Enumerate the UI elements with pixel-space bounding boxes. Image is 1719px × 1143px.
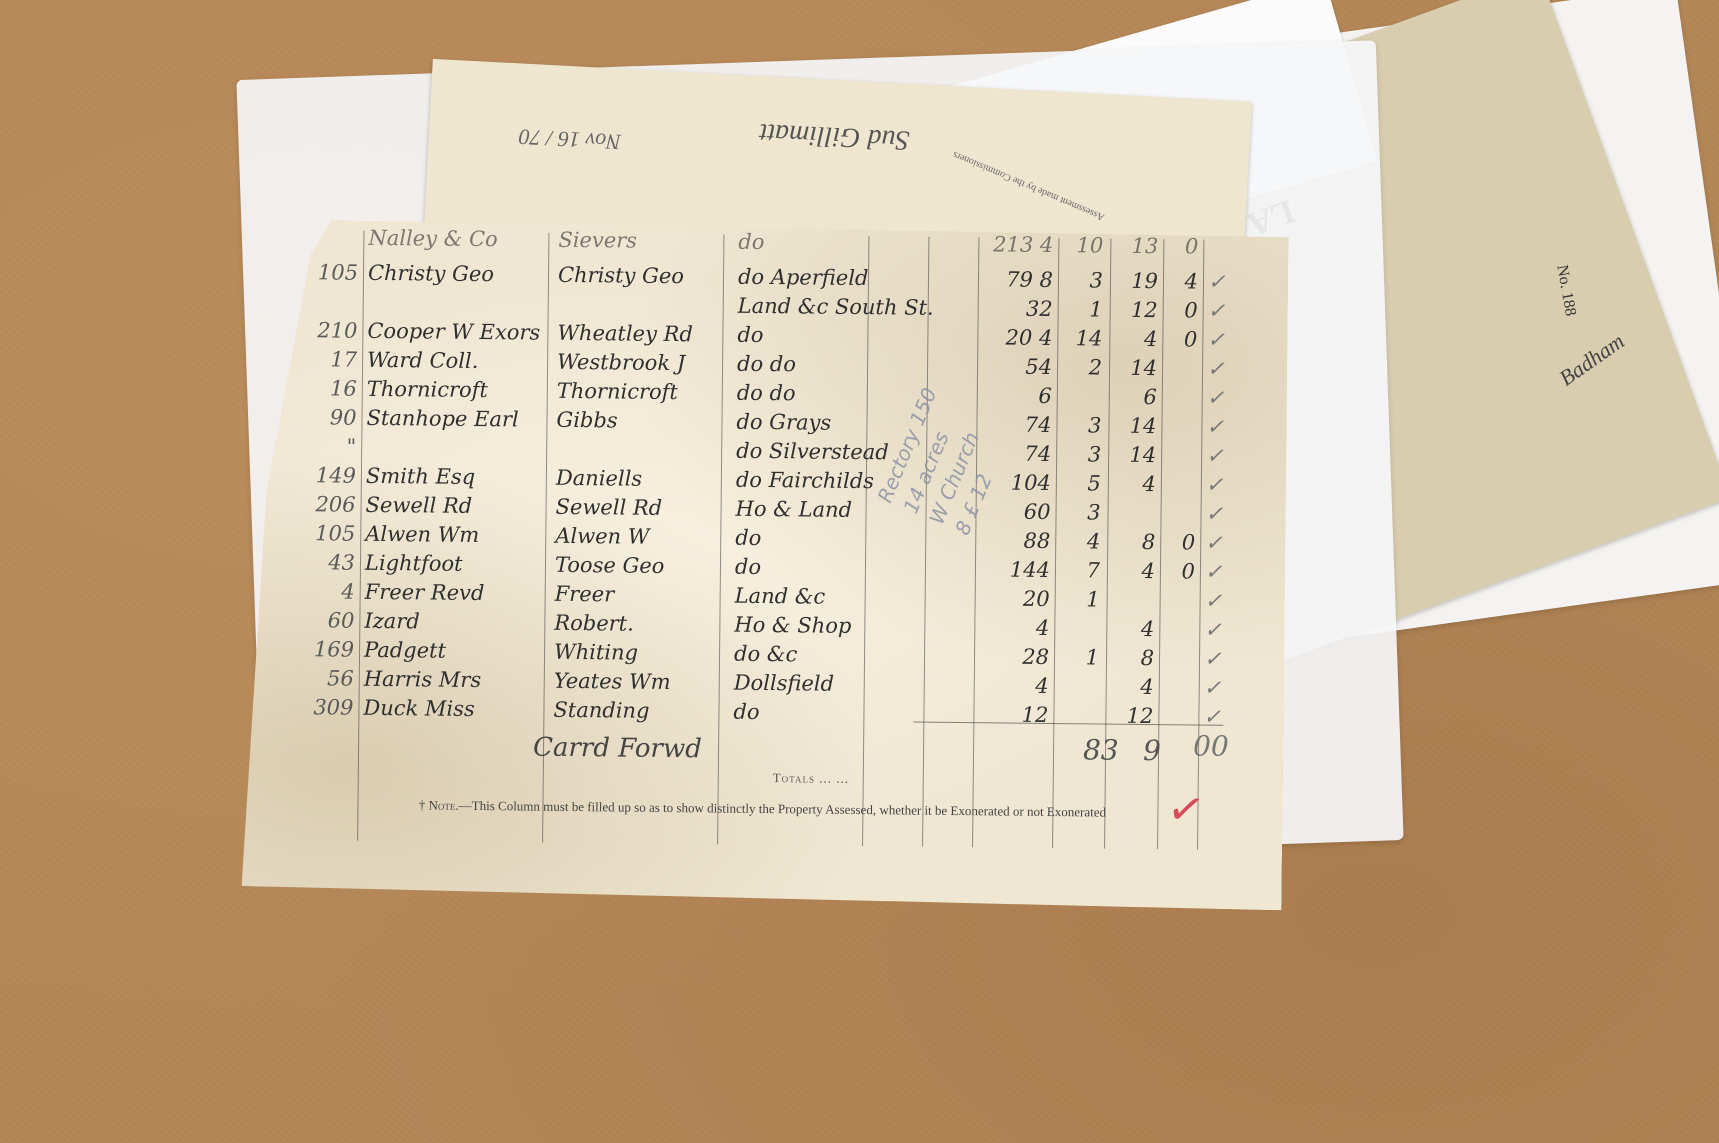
owner: Thornicroft [367, 377, 488, 402]
rent: 144 [960, 557, 1050, 582]
rent: 6 [962, 383, 1052, 408]
description: Ho & Shop [734, 613, 851, 638]
description: do do [737, 352, 796, 377]
pounds: 7 [1060, 558, 1100, 582]
tick-icon: ✓ [1208, 270, 1226, 294]
occupier: Yeates Wm [554, 669, 671, 694]
pounds: 14 [1062, 326, 1102, 350]
owner: Ward Coll. [367, 348, 479, 373]
shillings: 14 [1116, 414, 1156, 438]
shillings: 12 [1118, 298, 1158, 322]
description: do [735, 526, 761, 550]
description: Land &c South St. [738, 294, 934, 320]
occupier: Westbrook J [557, 350, 685, 375]
document-number: No. 188 [1552, 264, 1579, 318]
description: do Grays [736, 410, 831, 435]
owner: Christy Geo [368, 261, 494, 286]
no: 17 [307, 347, 357, 372]
no: 309 [303, 695, 353, 720]
rent: 4 [959, 673, 1049, 698]
no: 56 [304, 666, 354, 691]
owner: Smith Esq [366, 464, 475, 489]
description: do Aperfield [738, 265, 869, 290]
owner: Izard [364, 609, 420, 634]
no: 4 [305, 579, 355, 604]
description: do [737, 323, 763, 347]
pounds: 5 [1061, 471, 1101, 495]
occupier: Gibbs [556, 408, 617, 433]
no: 206 [305, 492, 355, 517]
owner: Alwen Wm [365, 522, 479, 547]
shillings: 4 [1117, 327, 1157, 351]
occupier: Wheatley Rd [557, 321, 693, 346]
shillings: 8 [1115, 530, 1155, 554]
occupier: Robert. [554, 611, 634, 636]
pounds: 3 [1060, 500, 1100, 524]
pence: 0 [1168, 298, 1198, 322]
pounds: 3 [1063, 268, 1103, 292]
shillings: 19 [1118, 269, 1158, 293]
pence: 0 [1167, 327, 1197, 351]
rent: 32 [963, 296, 1053, 321]
pence: 0 [1165, 530, 1195, 554]
ledger-date: Nov 16 / 70 [518, 123, 621, 154]
no: 43 [305, 550, 355, 575]
total-pounds: 83 [1083, 733, 1119, 766]
pence: 4 [1168, 269, 1198, 293]
occupier: Standing [553, 698, 649, 723]
rent: 4 [959, 615, 1049, 640]
tick-icon: ✓ [1206, 473, 1224, 497]
tick-icon: ✓ [1207, 386, 1225, 410]
tick-icon: ✓ [1208, 299, 1226, 323]
pounds: 3 [1061, 442, 1101, 466]
rent: 54 [962, 354, 1052, 379]
no: 105 [308, 260, 358, 285]
shillings: 4 [1114, 617, 1154, 641]
rent: 79 8 [963, 267, 1053, 292]
owner: Sewell Rd [365, 493, 472, 518]
occupier: Christy Geo [558, 263, 684, 288]
ledger-printed-note: Assessment made by the Commissioners [951, 149, 1106, 223]
pounds: 10 [1063, 233, 1103, 257]
description: Ho & Land [735, 497, 852, 522]
occupier: Alwen W [555, 524, 649, 549]
shillings: 13 [1118, 234, 1158, 258]
assessment-ledger-sheet: Nalley & Co Sievers do 213 4 10 13 0 105… [241, 220, 1288, 911]
tick-icon: ✓ [1205, 589, 1223, 613]
rent: 20 [960, 586, 1050, 611]
footnote-lead: † Note. [419, 797, 459, 812]
shillings: 4 [1116, 472, 1156, 496]
description: Land &c [735, 584, 826, 609]
totals-label: Totals ... ... [773, 770, 849, 787]
pounds: 3 [1061, 413, 1101, 437]
tick-icon: ✓ [1205, 531, 1223, 555]
owner: Nalley & Co [368, 226, 498, 251]
rent: 20 4 [962, 325, 1052, 350]
description: Dollsfield [734, 671, 835, 696]
tick-icon: ✓ [1206, 444, 1224, 468]
description: do [735, 555, 761, 579]
no: " [306, 434, 356, 459]
tick-icon: ✓ [1205, 502, 1223, 526]
no: 90 [306, 405, 356, 430]
description: do [733, 700, 759, 724]
occupier: Sievers [558, 228, 637, 253]
shillings: 14 [1116, 443, 1156, 467]
occupier: Daniells [556, 466, 642, 491]
total-shillings: 9 [1143, 734, 1161, 767]
rent: 213 4 [963, 232, 1053, 257]
occupier: Sewell Rd [555, 495, 662, 520]
pounds: 2 [1062, 355, 1102, 379]
pence: 0 [1168, 234, 1198, 258]
shillings: 4 [1115, 559, 1155, 583]
owner: Lightfoot [365, 551, 463, 576]
shillings: 4 [1114, 675, 1154, 699]
no: 210 [307, 318, 357, 343]
no [308, 289, 358, 290]
tick-icon: ✓ [1204, 676, 1222, 700]
document-signature: Badham [1554, 328, 1629, 391]
footnote-text: —This Column must be filled up so as to … [459, 798, 1106, 820]
pounds: 4 [1060, 529, 1100, 553]
description: do do [737, 381, 796, 406]
pounds: 1 [1059, 645, 1099, 669]
owner: Cooper W Exors [367, 319, 540, 345]
pounds: 1 [1060, 587, 1100, 611]
ledger-signature: Sud Gillimatt [759, 116, 911, 156]
no: 16 [307, 376, 357, 401]
pence: 0 [1165, 559, 1195, 583]
tick-icon: ✓ [1207, 328, 1225, 352]
occupier: Freer [555, 582, 615, 607]
carried-forward: Carrd Forwd [533, 733, 702, 765]
tick-icon: ✓ [1207, 357, 1225, 381]
tick-icon: ✓ [1205, 560, 1223, 584]
owner: Harris Mrs [364, 667, 482, 692]
rent: 28 [959, 644, 1049, 669]
no: 60 [304, 608, 354, 633]
pounds: 1 [1063, 297, 1103, 321]
owner: Freer Revd [365, 580, 485, 605]
total-pence: 00 [1193, 729, 1229, 762]
description: do [738, 230, 764, 254]
shillings: 8 [1114, 646, 1154, 670]
description: do Silverstead [736, 439, 889, 465]
owner: Padgett [364, 638, 446, 663]
occupier: Toose Geo [555, 553, 665, 578]
owner: Duck Miss [363, 696, 475, 721]
no: 169 [304, 637, 354, 662]
footnote: † Note.—This Column must be filled up so… [322, 795, 1202, 822]
description: do &c [734, 642, 797, 667]
tick-icon: ✓ [1204, 618, 1222, 642]
occupier: Whiting [554, 640, 638, 665]
tick-icon: ✓ [1206, 415, 1224, 439]
tick-icon: ✓ [1204, 647, 1222, 671]
occupier: Thornicroft [557, 379, 678, 404]
description: do Fairchilds [736, 468, 874, 493]
shillings: 14 [1117, 356, 1157, 380]
owner: Stanhope Earl [366, 406, 518, 432]
no: 105 [305, 521, 355, 546]
no: 149 [306, 463, 356, 488]
shillings: 6 [1117, 385, 1157, 409]
